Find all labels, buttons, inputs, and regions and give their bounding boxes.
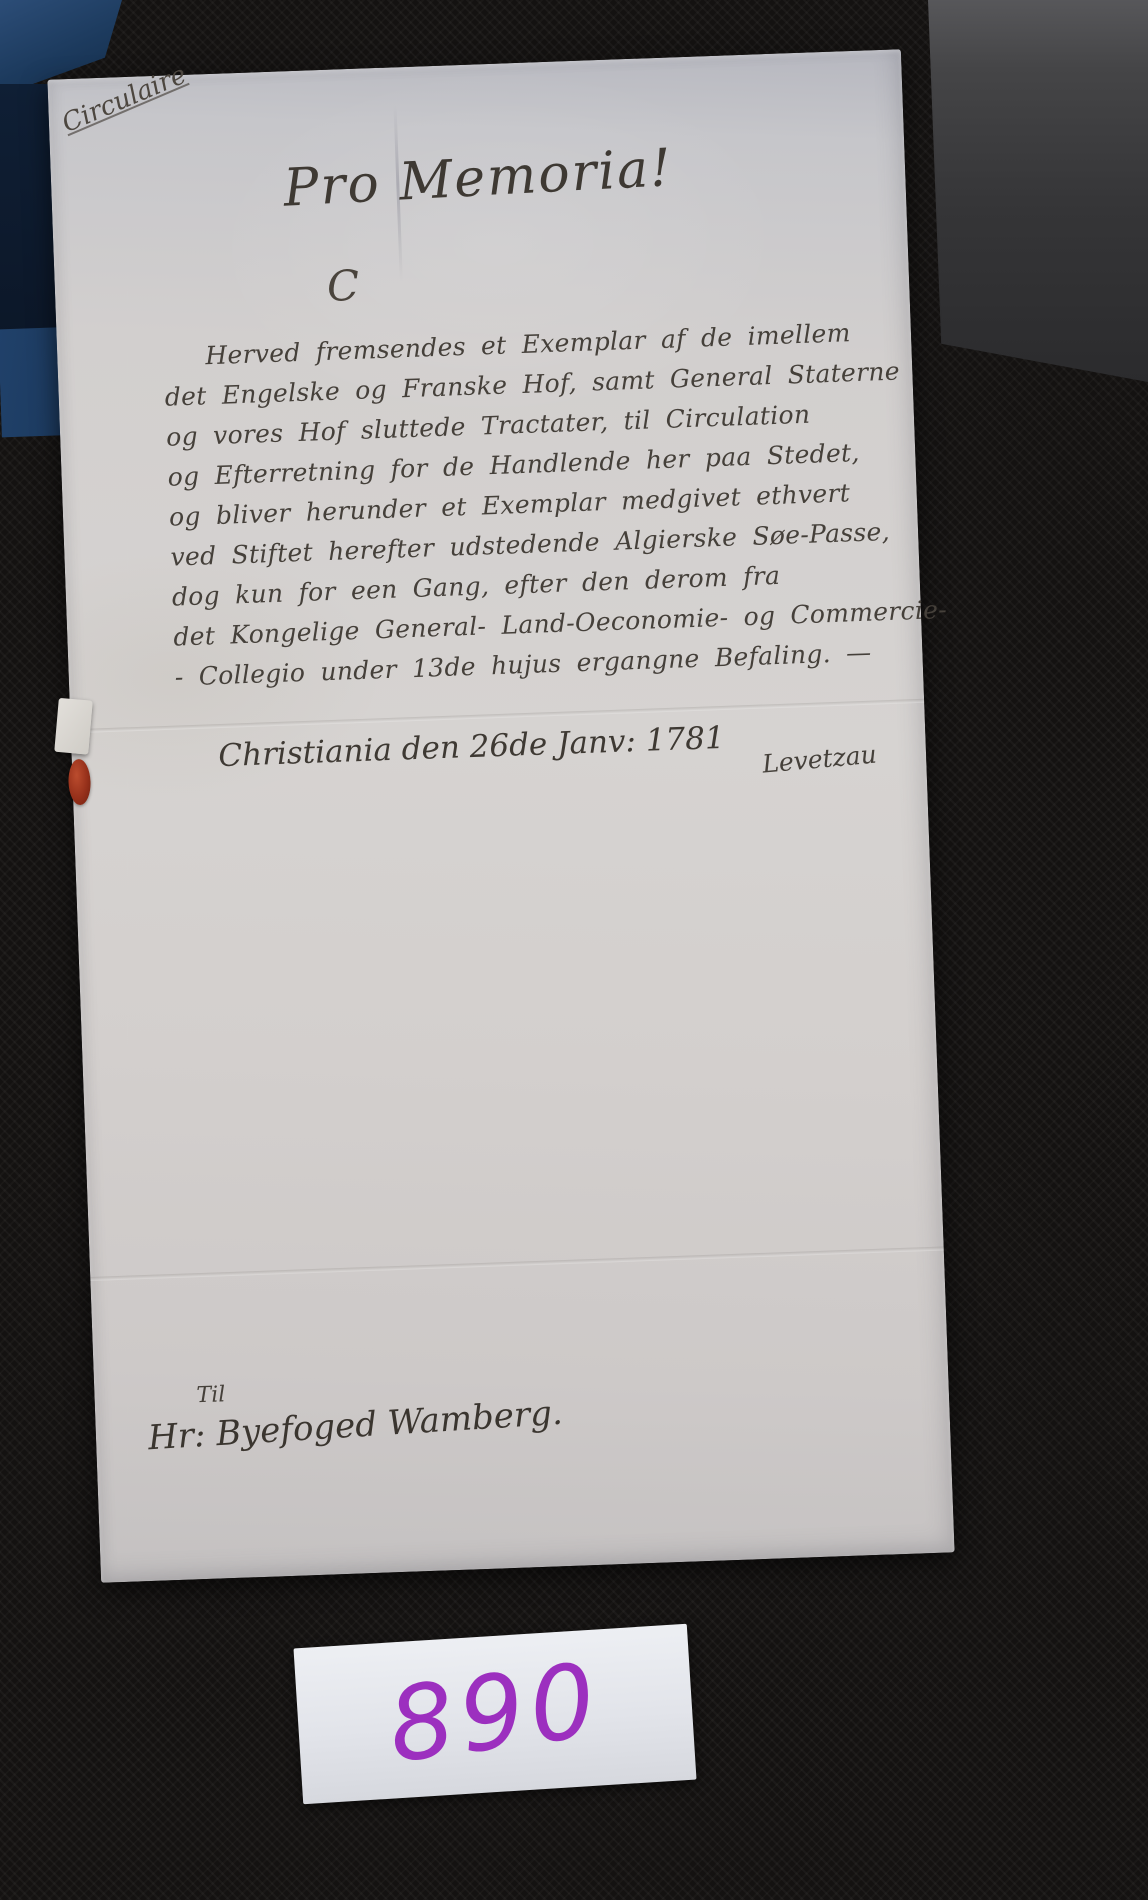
catalog-label: 890 xyxy=(293,1624,696,1804)
photo-scene: Circulaire Pro Memoria! C Herved fremsen… xyxy=(0,0,1148,1900)
body-text: Herved fremsendes et Exemplar af de imel… xyxy=(163,313,881,698)
paragraph-flourish: C xyxy=(326,261,360,311)
dateline: Christiania den 26de Janv: 1781 xyxy=(211,720,732,775)
background-gray-surface xyxy=(928,0,1148,382)
corner-annotation: Circulaire xyxy=(58,60,191,139)
signature: Levetzau xyxy=(761,740,878,779)
torn-seal-fragment xyxy=(54,698,93,755)
fold-crease-lower xyxy=(90,1246,944,1281)
address-salutation: Til xyxy=(196,1382,226,1408)
catalog-number: 890 xyxy=(290,1619,699,1810)
wax-seal-remnant xyxy=(68,759,92,806)
document-page: Circulaire Pro Memoria! C Herved fremsen… xyxy=(47,49,954,1583)
document-title: Pro Memoria! xyxy=(50,126,906,231)
